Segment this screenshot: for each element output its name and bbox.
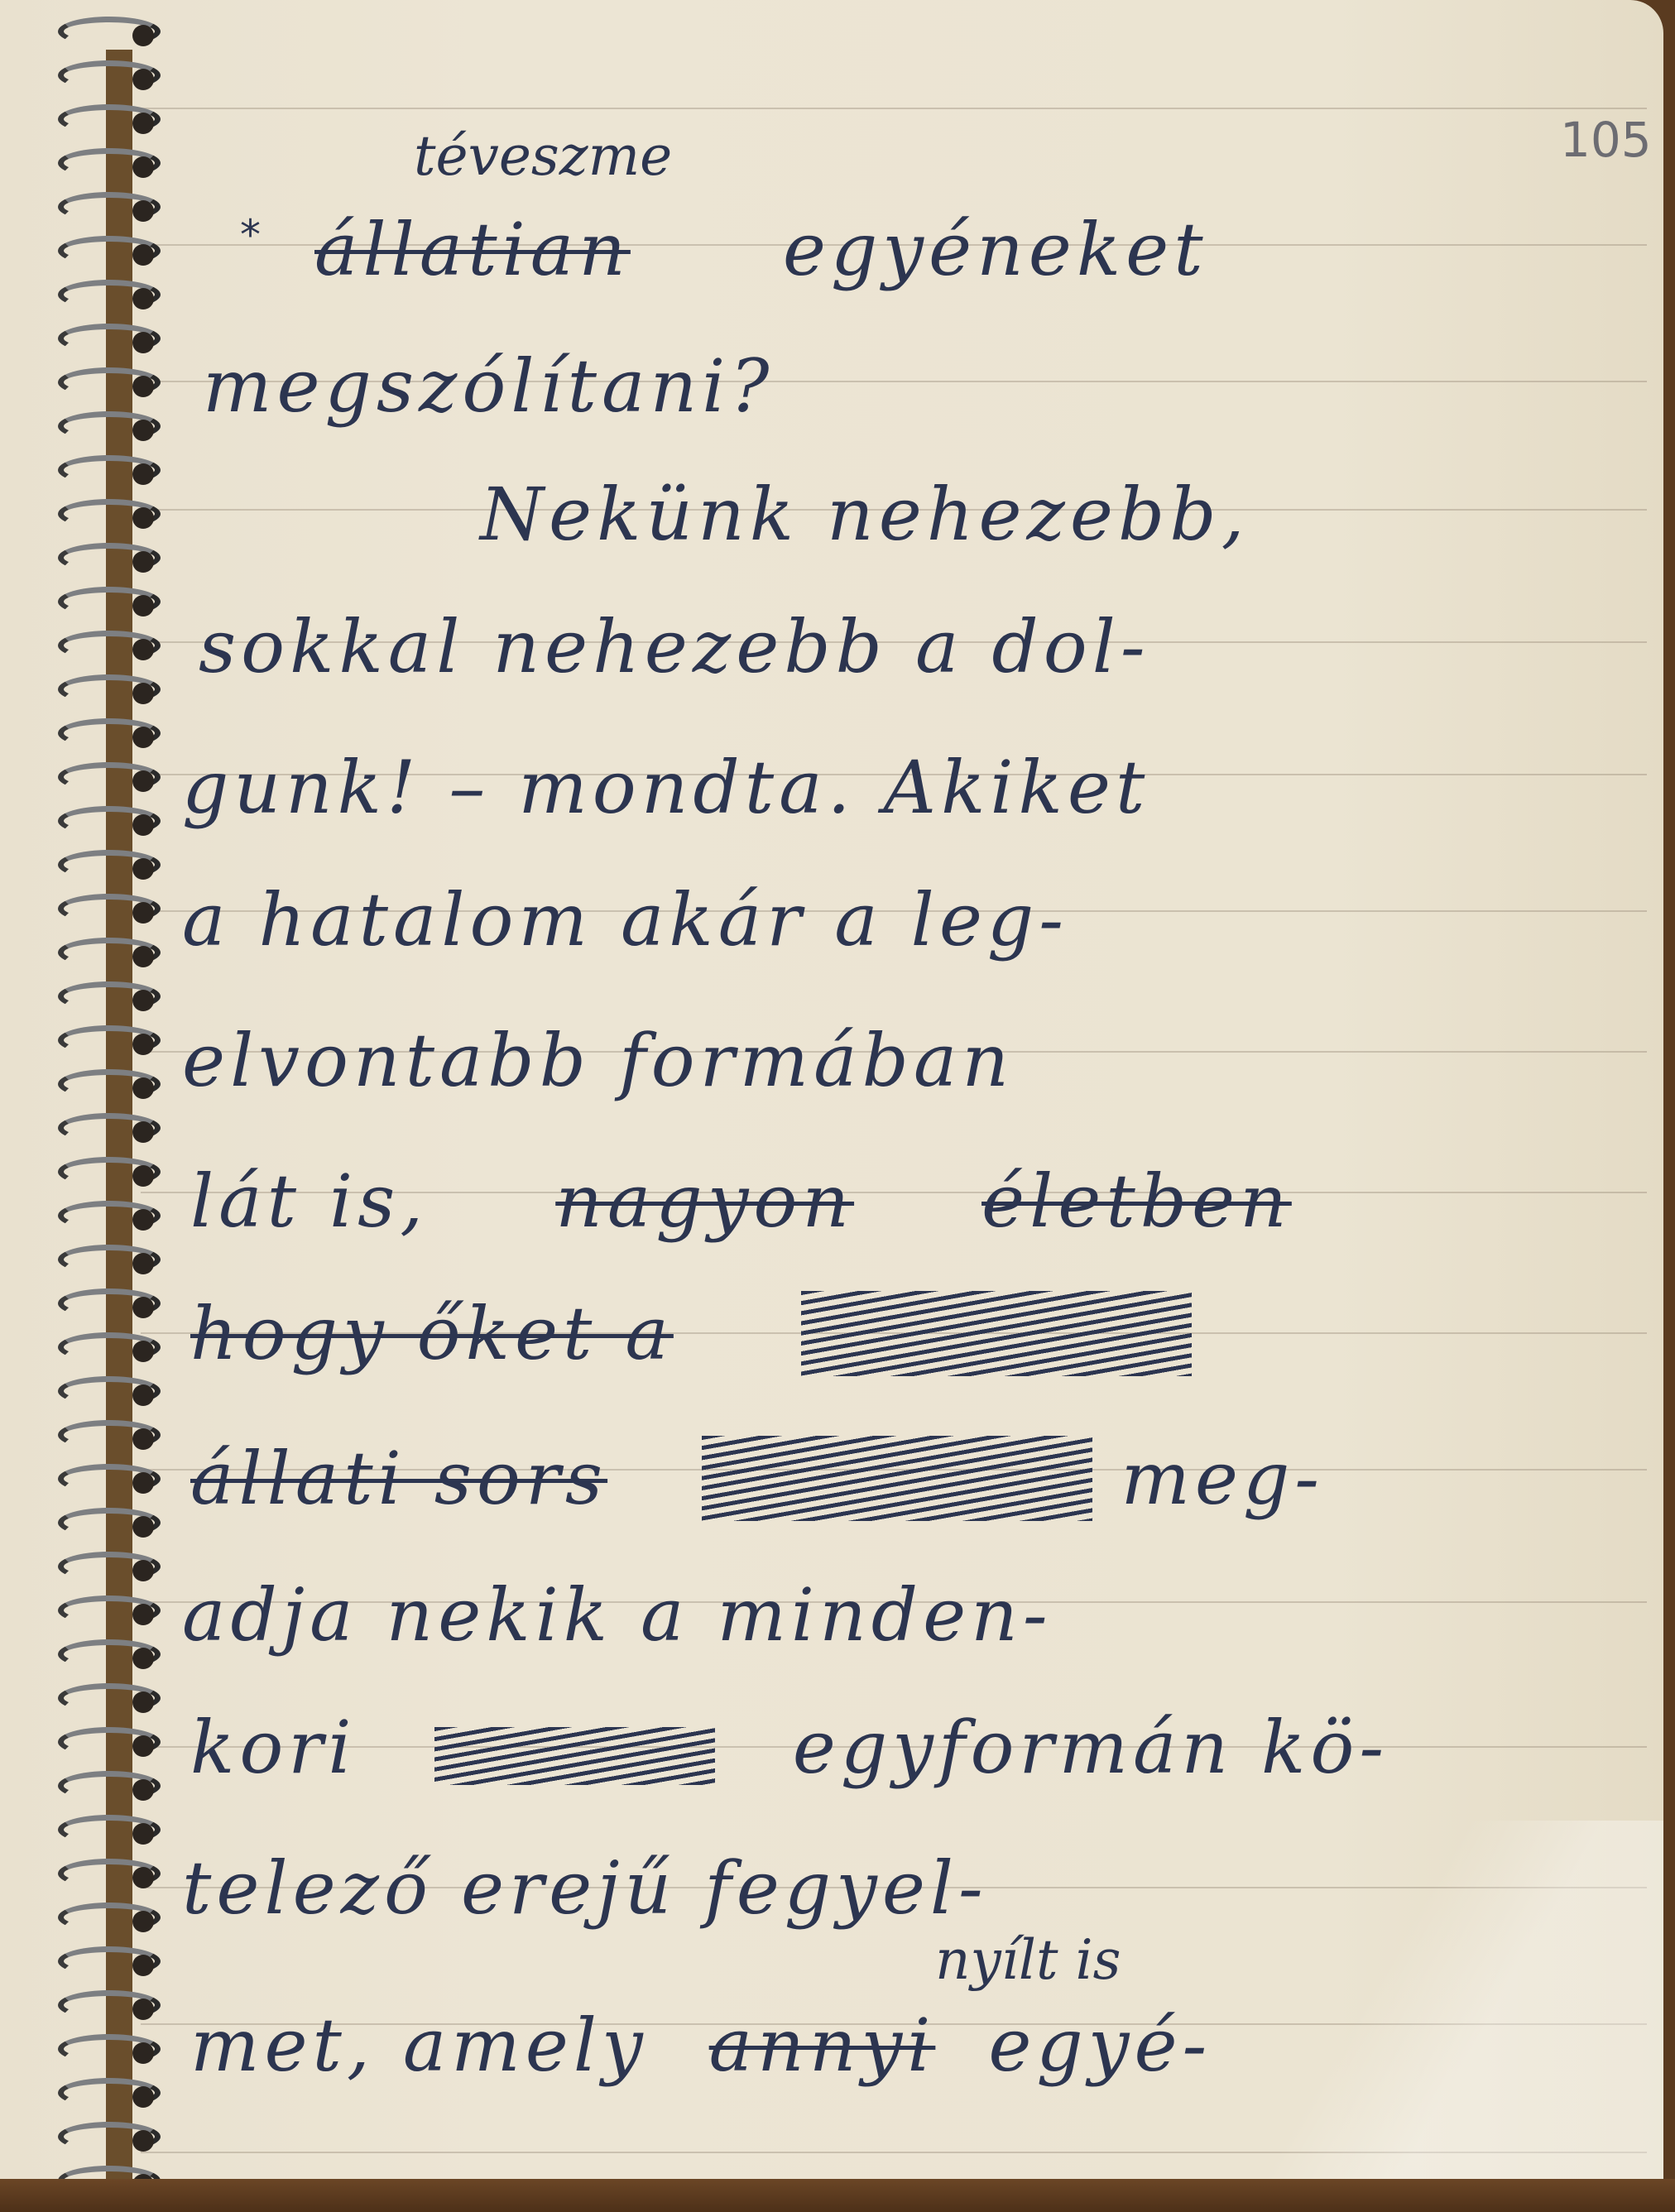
struck-word: állatian <box>314 207 631 292</box>
punch-hole <box>132 1779 154 1801</box>
scribbled-out-word: [áthúzva] <box>702 1436 1092 1521</box>
punch-hole <box>132 990 154 1011</box>
page-number: 105 <box>1560 112 1652 168</box>
punch-hole <box>132 1867 154 1888</box>
punch-hole <box>132 1560 154 1581</box>
punch-hole <box>132 113 154 134</box>
punch-hole <box>132 770 154 792</box>
word: kori <box>190 1705 357 1790</box>
handwritten-line: telező erejű fegyel- <box>182 1845 988 1931</box>
punch-hole <box>132 463 154 485</box>
punch-hole <box>132 814 154 836</box>
punch-hole <box>132 1911 154 1932</box>
punch-hole <box>132 1077 154 1099</box>
handwritten-line: Nekünk nehezebb, <box>480 472 1250 557</box>
punch-hole <box>132 1209 154 1231</box>
struck-word: nagyon <box>555 1159 854 1244</box>
notebook-page: 105 * téveszme állatian egyéneket megszó… <box>0 0 1663 2185</box>
punch-hole <box>132 1604 154 1625</box>
punch-hole <box>132 200 154 222</box>
punch-hole <box>132 2130 154 2152</box>
handwritten-line: met, amely annyi egyé- <box>190 2003 1212 2088</box>
word: meg- <box>1121 1436 1324 1521</box>
punch-hole <box>132 332 154 353</box>
scribbled-out-word: [áthúzva] <box>801 1291 1192 1376</box>
punch-hole <box>132 244 154 266</box>
punch-hole <box>132 1034 154 1055</box>
punch-hole <box>132 1384 154 1406</box>
inserted-word: téveszme <box>414 124 672 188</box>
punch-hole <box>132 156 154 178</box>
wooden-desk-edge <box>0 2179 1675 2212</box>
word: lát is, <box>190 1159 428 1244</box>
margin-asterisk-icon: * <box>240 211 261 259</box>
punch-hole <box>132 2042 154 2064</box>
punch-hole <box>132 946 154 967</box>
handwritten-line: kori [áthúzva] egyformán kö- <box>190 1705 1389 1790</box>
handwritten-line: megszólítani? <box>203 343 774 429</box>
punch-hole <box>132 2086 154 2108</box>
struck-word: annyi <box>709 2003 936 2088</box>
ruled-line <box>141 108 1647 109</box>
scribbled-out-word: [áthúzva] <box>434 1727 715 1785</box>
punch-hole <box>132 1472 154 1494</box>
punch-hole <box>132 639 154 660</box>
punch-hole <box>132 1735 154 1757</box>
struck-phrase: állati sors <box>190 1436 607 1521</box>
punch-hole <box>132 1823 154 1845</box>
punch-hole <box>132 1955 154 1976</box>
punch-hole <box>132 1341 154 1362</box>
punch-hole <box>132 1297 154 1318</box>
punch-hole <box>132 1648 154 1669</box>
punch-hole <box>132 1428 154 1450</box>
handwritten-line: adja nekik a minden- <box>182 1572 1053 1658</box>
punch-hole <box>132 507 154 529</box>
light-glare <box>1200 1821 1663 2185</box>
handwritten-line: elvontabb formában <box>182 1018 1014 1103</box>
inserted-word: nyílt is <box>935 1928 1121 1992</box>
word: egyformán kö- <box>793 1705 1389 1790</box>
punch-hole <box>132 420 154 441</box>
punch-hole <box>132 1121 154 1143</box>
handwritten-line: hogy őket a [áthúzva] <box>190 1291 1192 1376</box>
punch-hole <box>132 376 154 397</box>
punch-hole <box>132 1998 154 2020</box>
struck-word: életben <box>981 1159 1292 1244</box>
punch-hole <box>132 1253 154 1274</box>
punch-hole <box>132 595 154 617</box>
handwritten-line: állatian egyéneket <box>314 207 1208 292</box>
punch-hole <box>132 727 154 748</box>
word: egyéneket <box>783 207 1208 292</box>
punch-hole <box>132 858 154 880</box>
handwritten-line: a hatalom akár a leg- <box>182 877 1068 962</box>
word: egyé- <box>988 2003 1212 2088</box>
punch-hole <box>132 69 154 90</box>
punch-hole <box>132 25 154 46</box>
handwritten-line: gunk! – mondta. Akiket <box>182 745 1149 830</box>
punch-hole <box>132 551 154 573</box>
handwritten-line: lát is, nagyon életben <box>190 1159 1292 1244</box>
handwritten-line: állati sors [áthúzva] meg- <box>190 1436 1324 1521</box>
punch-hole <box>132 1165 154 1187</box>
punch-hole <box>132 288 154 309</box>
punch-hole <box>132 902 154 924</box>
word: met, amely <box>190 2003 648 2088</box>
struck-phrase: hogy őket a <box>190 1291 674 1376</box>
punch-hole <box>132 1516 154 1538</box>
handwritten-line: sokkal nehezebb a dol- <box>199 604 1150 689</box>
punch-hole <box>132 1691 154 1713</box>
punch-hole <box>132 683 154 704</box>
